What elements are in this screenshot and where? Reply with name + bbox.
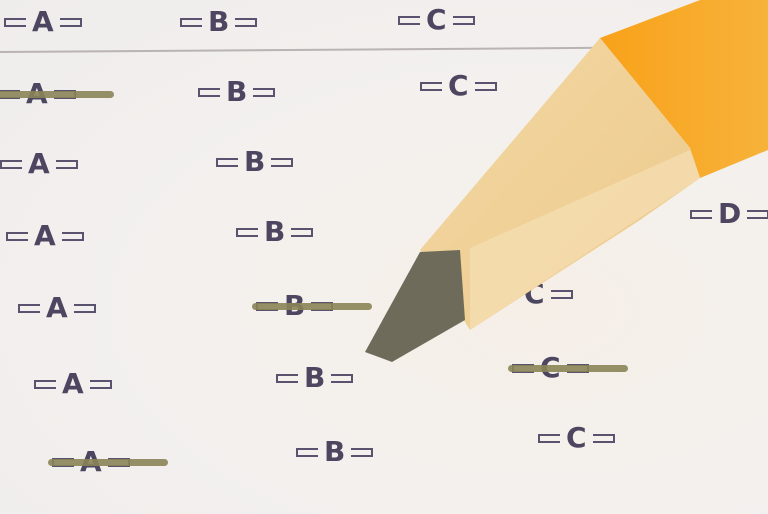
answer-sheet: ABCABCABDABABCABCABC xyxy=(0,0,768,514)
option-letter: A xyxy=(62,370,84,398)
answer-bubble-b: B xyxy=(180,8,257,36)
bracket-left xyxy=(276,374,298,383)
bracket-left xyxy=(180,18,202,27)
answer-bubble-b: B xyxy=(216,148,293,176)
bracket-right xyxy=(235,18,257,27)
bracket-right xyxy=(551,290,573,299)
option-letter: B xyxy=(244,148,265,176)
bracket-right xyxy=(291,228,313,237)
option-letter: D xyxy=(718,200,741,228)
option-letter: B xyxy=(324,438,345,466)
answer-bubble-a: A xyxy=(6,222,84,250)
bracket-left xyxy=(198,88,220,97)
bracket-left xyxy=(420,82,442,91)
option-letter: B xyxy=(304,364,325,392)
bracket-left xyxy=(690,210,712,219)
option-letter: A xyxy=(28,150,50,178)
answer-bubble-b: B xyxy=(198,78,275,106)
bracket-right xyxy=(62,232,84,241)
answer-bubble-b: B xyxy=(236,218,313,246)
option-letter: C xyxy=(524,280,545,308)
bracket-left xyxy=(538,434,560,443)
option-letter: B xyxy=(208,8,229,36)
row-divider xyxy=(0,47,640,53)
bracket-right xyxy=(60,18,82,27)
bracket-right xyxy=(90,380,112,389)
answer-bubble-a: A xyxy=(0,150,78,178)
bracket-right xyxy=(475,82,497,91)
option-letter: C xyxy=(566,424,587,452)
bracket-right xyxy=(331,374,353,383)
bracket-right xyxy=(453,16,475,25)
pencil-mark xyxy=(0,91,114,98)
bracket-right xyxy=(271,158,293,167)
bracket-right xyxy=(56,160,78,169)
answer-bubble-a: A xyxy=(34,370,112,398)
bracket-right xyxy=(351,448,373,457)
bracket-left xyxy=(0,160,22,169)
bracket-left xyxy=(34,380,56,389)
pencil-mark xyxy=(48,459,168,466)
bracket-right xyxy=(593,434,615,443)
bracket-left xyxy=(398,16,420,25)
pencil-mark xyxy=(252,303,372,310)
bracket-left xyxy=(4,18,26,27)
bracket-left xyxy=(236,228,258,237)
option-letter: B xyxy=(264,218,285,246)
option-letter: A xyxy=(46,294,68,322)
bracket-left xyxy=(216,158,238,167)
answer-bubble-c: C xyxy=(420,72,497,100)
bracket-right xyxy=(253,88,275,97)
option-letter: C xyxy=(426,6,447,34)
option-letter: B xyxy=(226,78,247,106)
bracket-left xyxy=(296,448,318,457)
option-letter: A xyxy=(32,8,54,36)
answer-bubble-a: A xyxy=(4,8,82,36)
bracket-right xyxy=(747,210,768,219)
answer-bubble-c: C xyxy=(398,6,475,34)
answer-bubble-b: B xyxy=(276,364,353,392)
answer-bubble-c: C xyxy=(496,280,573,308)
pencil-image xyxy=(0,0,768,514)
answer-bubble-b: B xyxy=(296,438,373,466)
bracket-left xyxy=(18,304,40,313)
pencil-mark xyxy=(508,365,628,372)
bracket-left xyxy=(496,290,518,299)
bracket-left xyxy=(6,232,28,241)
answer-bubble-a: A xyxy=(18,294,96,322)
answer-bubble-c: C xyxy=(538,424,615,452)
answer-bubble-d: D xyxy=(690,200,768,228)
option-letter: A xyxy=(34,222,56,250)
option-letter: C xyxy=(448,72,469,100)
bracket-right xyxy=(74,304,96,313)
